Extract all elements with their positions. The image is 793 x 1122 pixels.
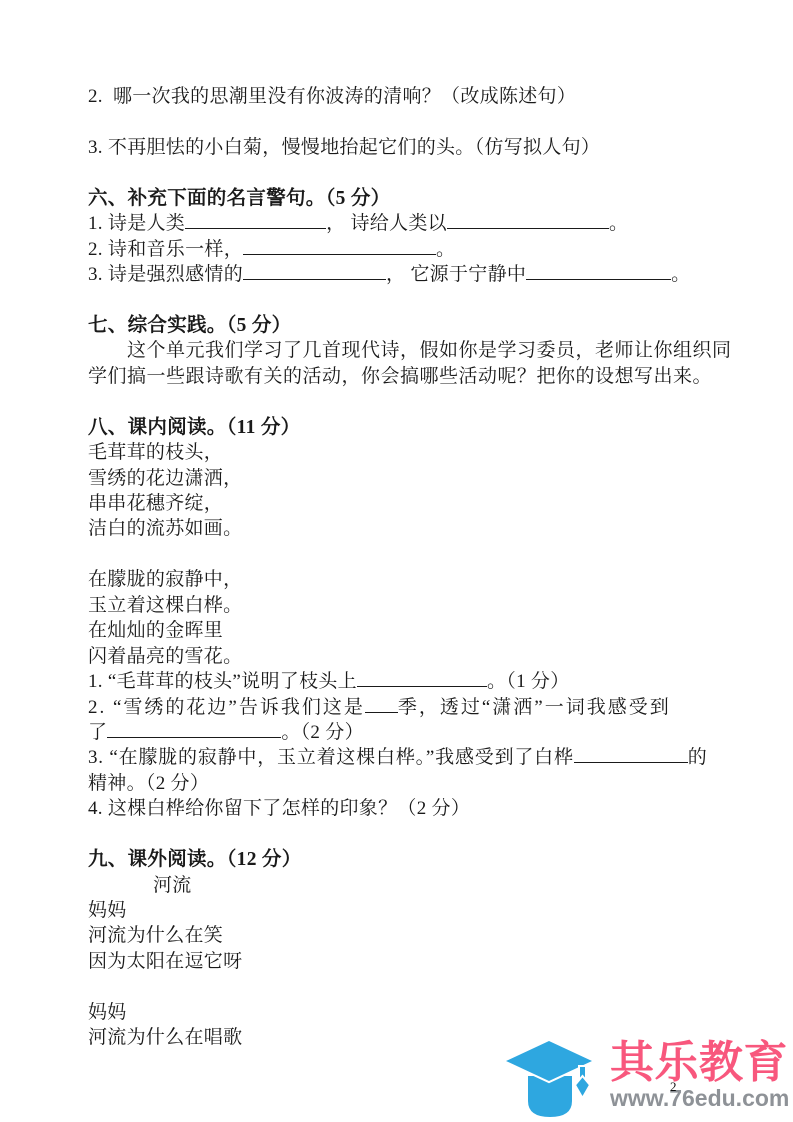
doc-line: 河流 <box>88 873 720 898</box>
brand-url: www.76edu.com <box>610 1086 789 1110</box>
exam-page: 2. 哪一次我的思潮里没有你波涛的清响？（改成陈述句）3. 不再胆怯的小白菊，慢… <box>0 0 793 1122</box>
doc-line: 了。（2 分） <box>88 720 720 745</box>
text-run: 1. 诗是人类 <box>88 213 185 234</box>
text-run: 1. “毛茸茸的枝头”说明了枝头上 <box>88 671 357 692</box>
doc-line: 毛茸茸的枝头， <box>88 440 720 465</box>
blank-line <box>88 974 720 999</box>
doc-line: 2. “雪绣的花边”告诉我们这是季，透过“潇洒”一词我感受到 <box>88 695 720 720</box>
doc-line: 2. 哪一次我的思潮里没有你波涛的清响？（改成陈述句） <box>88 84 720 109</box>
doc-line: 因为太阳在逗它呀 <box>88 949 720 974</box>
section-heading: 九、课外阅读。（12 分） <box>88 847 720 872</box>
doc-line: 河流为什么在笑 <box>88 923 720 948</box>
doc-line: 3. 诗是强烈感情的， 它源于宁静中。 <box>88 262 720 287</box>
text-run: 3. “在朦胧的寂静中，玉立着这棵白桦。”我感受到了白桦 <box>88 747 574 768</box>
text-run: 。 <box>671 264 690 285</box>
text-run: 洁白的流苏如画。 <box>88 518 242 539</box>
doc-line: 闪着晶亮的雪花。 <box>88 644 720 669</box>
watermark: 其乐教育 www.76edu.com <box>506 1038 793 1122</box>
text-run: 河流 <box>153 875 192 896</box>
text-run: 。 <box>609 213 628 234</box>
text-run: 七、综合实践。（5 分） <box>88 315 291 336</box>
answer-blank <box>357 682 487 687</box>
text-run: 六、补充下面的名言警句。（5 分） <box>88 188 390 209</box>
text-run: 河流为什么在唱歌 <box>88 1027 242 1048</box>
text-run: 精神。（2 分） <box>88 773 209 794</box>
text-run: 在朦胧的寂静中， <box>88 569 242 590</box>
text-run: 河流为什么在笑 <box>88 925 223 946</box>
doc-line: 妈妈 <box>88 898 720 923</box>
graduation-cap-icon <box>506 1040 594 1122</box>
text-run: 妈妈 <box>88 900 127 921</box>
doc-line: 串串花穗齐绽， <box>88 491 720 516</box>
text-run: 八、课内阅读。（11 分） <box>88 417 300 438</box>
doc-line: 精神。（2 分） <box>88 771 720 796</box>
blank-line <box>88 109 720 134</box>
text-run: 了 <box>88 722 107 743</box>
doc-line: 1. “毛茸茸的枝头”说明了枝头上。（1 分） <box>88 669 720 694</box>
section-heading: 七、综合实践。（5 分） <box>88 313 720 338</box>
text-run: 。（2 分） <box>281 722 364 743</box>
blank-line <box>88 542 720 567</box>
doc-line: 雪绣的花边潇洒， <box>88 466 720 491</box>
section-heading: 六、补充下面的名言警句。（5 分） <box>88 186 720 211</box>
text-run: 这个单元我们学习了几首现代诗，假如你是学习委员，老师让你组织同 <box>88 340 732 361</box>
doc-line: 在朦胧的寂静中， <box>88 567 720 592</box>
text-run: ， 诗给人类以 <box>326 213 447 234</box>
text-run: 2. 哪一次我的思潮里没有你波涛的清响？（改成陈述句） <box>88 86 576 107</box>
doc-line: 1. 诗是人类， 诗给人类以。 <box>88 211 720 236</box>
answer-blank <box>185 224 326 229</box>
answer-blank <box>526 275 671 280</box>
doc-line: 2. 诗和音乐一样，。 <box>88 237 720 262</box>
answer-blank <box>243 250 436 255</box>
doc-line: 3. “在朦胧的寂静中，玉立着这棵白桦。”我感受到了白桦的 <box>88 745 720 770</box>
answer-blank <box>574 758 688 763</box>
answer-blank <box>107 733 281 738</box>
doc-line: 这个单元我们学习了几首现代诗，假如你是学习委员，老师让你组织同 <box>88 338 720 363</box>
text-run: 3. 诗是强烈感情的 <box>88 264 243 285</box>
brand-wordmark: 其乐教育 <box>610 1040 788 1086</box>
text-run: 玉立着这棵白桦。 <box>88 595 242 616</box>
text-run: 毛茸茸的枝头， <box>88 442 223 463</box>
text-run: 因为太阳在逗它呀 <box>88 951 242 972</box>
doc-line: 洁白的流苏如画。 <box>88 516 720 541</box>
text-run: 九、课外阅读。（12 分） <box>88 849 302 870</box>
text-run: 在灿灿的金晖里 <box>88 620 223 641</box>
text-run: 3. 不再胆怯的小白菊，慢慢地抬起它们的头。（仿写拟人句） <box>88 137 600 158</box>
blank-line <box>88 389 720 414</box>
text-run: 学们搞一些跟诗歌有关的活动，你会搞哪些活动呢？把你的设想写出来。 <box>88 366 712 387</box>
doc-line: 玉立着这棵白桦。 <box>88 593 720 618</box>
text-run: 妈妈 <box>88 1002 127 1023</box>
text-run: 4. 这棵白桦给你留下了怎样的印象？（2 分） <box>88 798 470 819</box>
answer-blank <box>365 708 398 713</box>
text-run: 。（1 分） <box>487 671 570 692</box>
answer-blank <box>447 224 609 229</box>
text-run: 2. 诗和音乐一样， <box>88 239 243 260</box>
answer-blank <box>243 275 386 280</box>
section-heading: 八、课内阅读。（11 分） <box>88 415 720 440</box>
text-run: ， 它源于宁静中 <box>386 264 526 285</box>
text-run: 。 <box>436 239 455 260</box>
blank-line <box>88 822 720 847</box>
text-run: 2. “雪绣的花边”告诉我们这是 <box>88 697 365 718</box>
blank-line <box>88 160 720 185</box>
blank-line <box>88 288 720 313</box>
text-run: 串串花穗齐绽， <box>88 493 223 514</box>
text-run: 的 <box>688 747 708 768</box>
doc-line: 4. 这棵白桦给你留下了怎样的印象？（2 分） <box>88 796 720 821</box>
page-number: 2 <box>670 1080 677 1094</box>
doc-line: 3. 不再胆怯的小白菊，慢慢地抬起它们的头。（仿写拟人句） <box>88 135 720 160</box>
text-run: 闪着晶亮的雪花。 <box>88 646 242 667</box>
text-run: 季，透过“潇洒”一词我感受到 <box>398 697 671 718</box>
doc-line: 学们搞一些跟诗歌有关的活动，你会搞哪些活动呢？把你的设想写出来。 <box>88 364 720 389</box>
doc-line: 在灿灿的金晖里 <box>88 618 720 643</box>
document-body: 2. 哪一次我的思潮里没有你波涛的清响？（改成陈述句）3. 不再胆怯的小白菊，慢… <box>88 84 720 1051</box>
text-run: 雪绣的花边潇洒， <box>88 468 242 489</box>
doc-line: 妈妈 <box>88 1000 720 1025</box>
